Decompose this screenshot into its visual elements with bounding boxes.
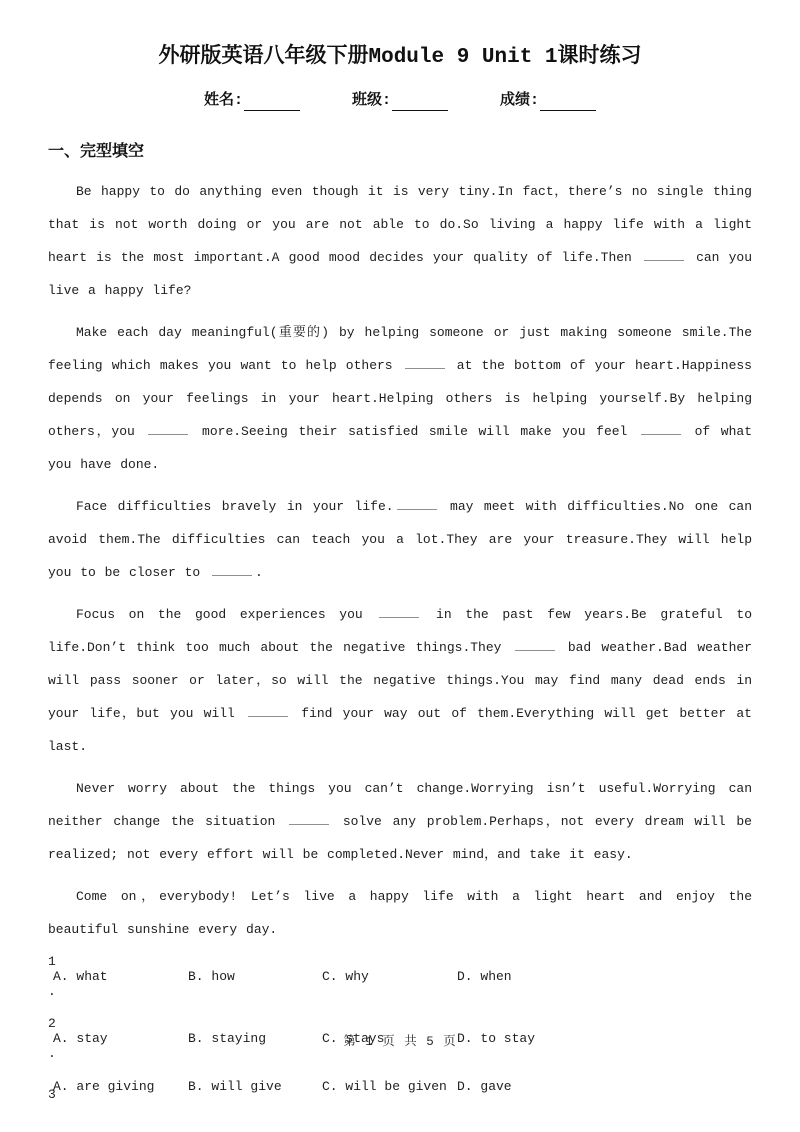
passage-paragraph: Make each day meaningful(重要的) by helping… [48, 316, 752, 481]
page-title: 外研版英语八年级下册Module 9 Unit 1课时练习 [48, 0, 752, 71]
option-row: A. what B. how C. why D. when [53, 970, 752, 984]
question-number: 3 [48, 1088, 56, 1102]
section-heading: 一、完型填空 [48, 143, 752, 161]
question-number: 1 [48, 955, 56, 969]
name-blank-line [244, 95, 300, 111]
page-content: 外研版英语八年级下册Module 9 Unit 1课时练习 姓名: 班级: 成绩… [0, 0, 800, 1108]
passage-paragraph: Focus on the good experiences you in the… [48, 598, 752, 763]
option-d: D. when [457, 970, 752, 984]
option-d: D. gave [457, 1080, 752, 1094]
class-field-label: 班级: [352, 91, 391, 111]
fill-blank [212, 564, 252, 576]
fill-blank [248, 705, 288, 717]
passage-paragraph: Be happy to do anything even though it i… [48, 175, 752, 307]
option-b: B. will give [188, 1080, 322, 1094]
score-blank-line [540, 95, 596, 111]
option-row: A. are giving B. will give C. will be gi… [53, 1080, 752, 1094]
question-1: 1 . A. what B. how C. why D. when [48, 956, 752, 998]
option-a: A. what [53, 970, 188, 984]
fill-blank [641, 423, 681, 435]
fill-blank [379, 606, 419, 618]
class-field: 班级: [352, 91, 448, 111]
name-field-label: 姓名: [204, 91, 243, 111]
option-b: B. how [188, 970, 322, 984]
option-a: A. are giving [53, 1080, 188, 1094]
option-c: C. why [322, 970, 457, 984]
class-blank-line [392, 95, 448, 111]
passage-paragraph: Come on，everybody! Let’s live a happy li… [48, 880, 752, 946]
name-field: 姓名: [204, 91, 300, 111]
student-info-row: 姓名: 班级: 成绩: [48, 91, 752, 111]
fill-blank [644, 249, 684, 261]
page-number-footer: 第 1 页 共 5 页 [0, 1031, 800, 1049]
option-c: C. will be given [322, 1080, 457, 1094]
fill-blank [397, 498, 437, 510]
question-number-dot: . [48, 1047, 56, 1061]
passage-paragraph: Face difficulties bravely in your life. … [48, 490, 752, 589]
worksheet-page: 外研版英语八年级下册Module 9 Unit 1课时练习 姓名: 班级: 成绩… [0, 0, 800, 1132]
question-3: 3 A. are giving B. will give C. will be … [48, 1080, 752, 1108]
score-field-label: 成绩: [500, 91, 539, 111]
question-number-dot: . [48, 985, 56, 999]
fill-blank [405, 357, 445, 369]
question-number: 2 [48, 1017, 56, 1031]
fill-blank [148, 423, 188, 435]
cloze-passage: Be happy to do anything even though it i… [48, 175, 752, 946]
fill-blank [515, 639, 555, 651]
fill-blank [289, 813, 329, 825]
passage-paragraph: Never worry about the things you can’t c… [48, 772, 752, 871]
score-field: 成绩: [500, 91, 596, 111]
